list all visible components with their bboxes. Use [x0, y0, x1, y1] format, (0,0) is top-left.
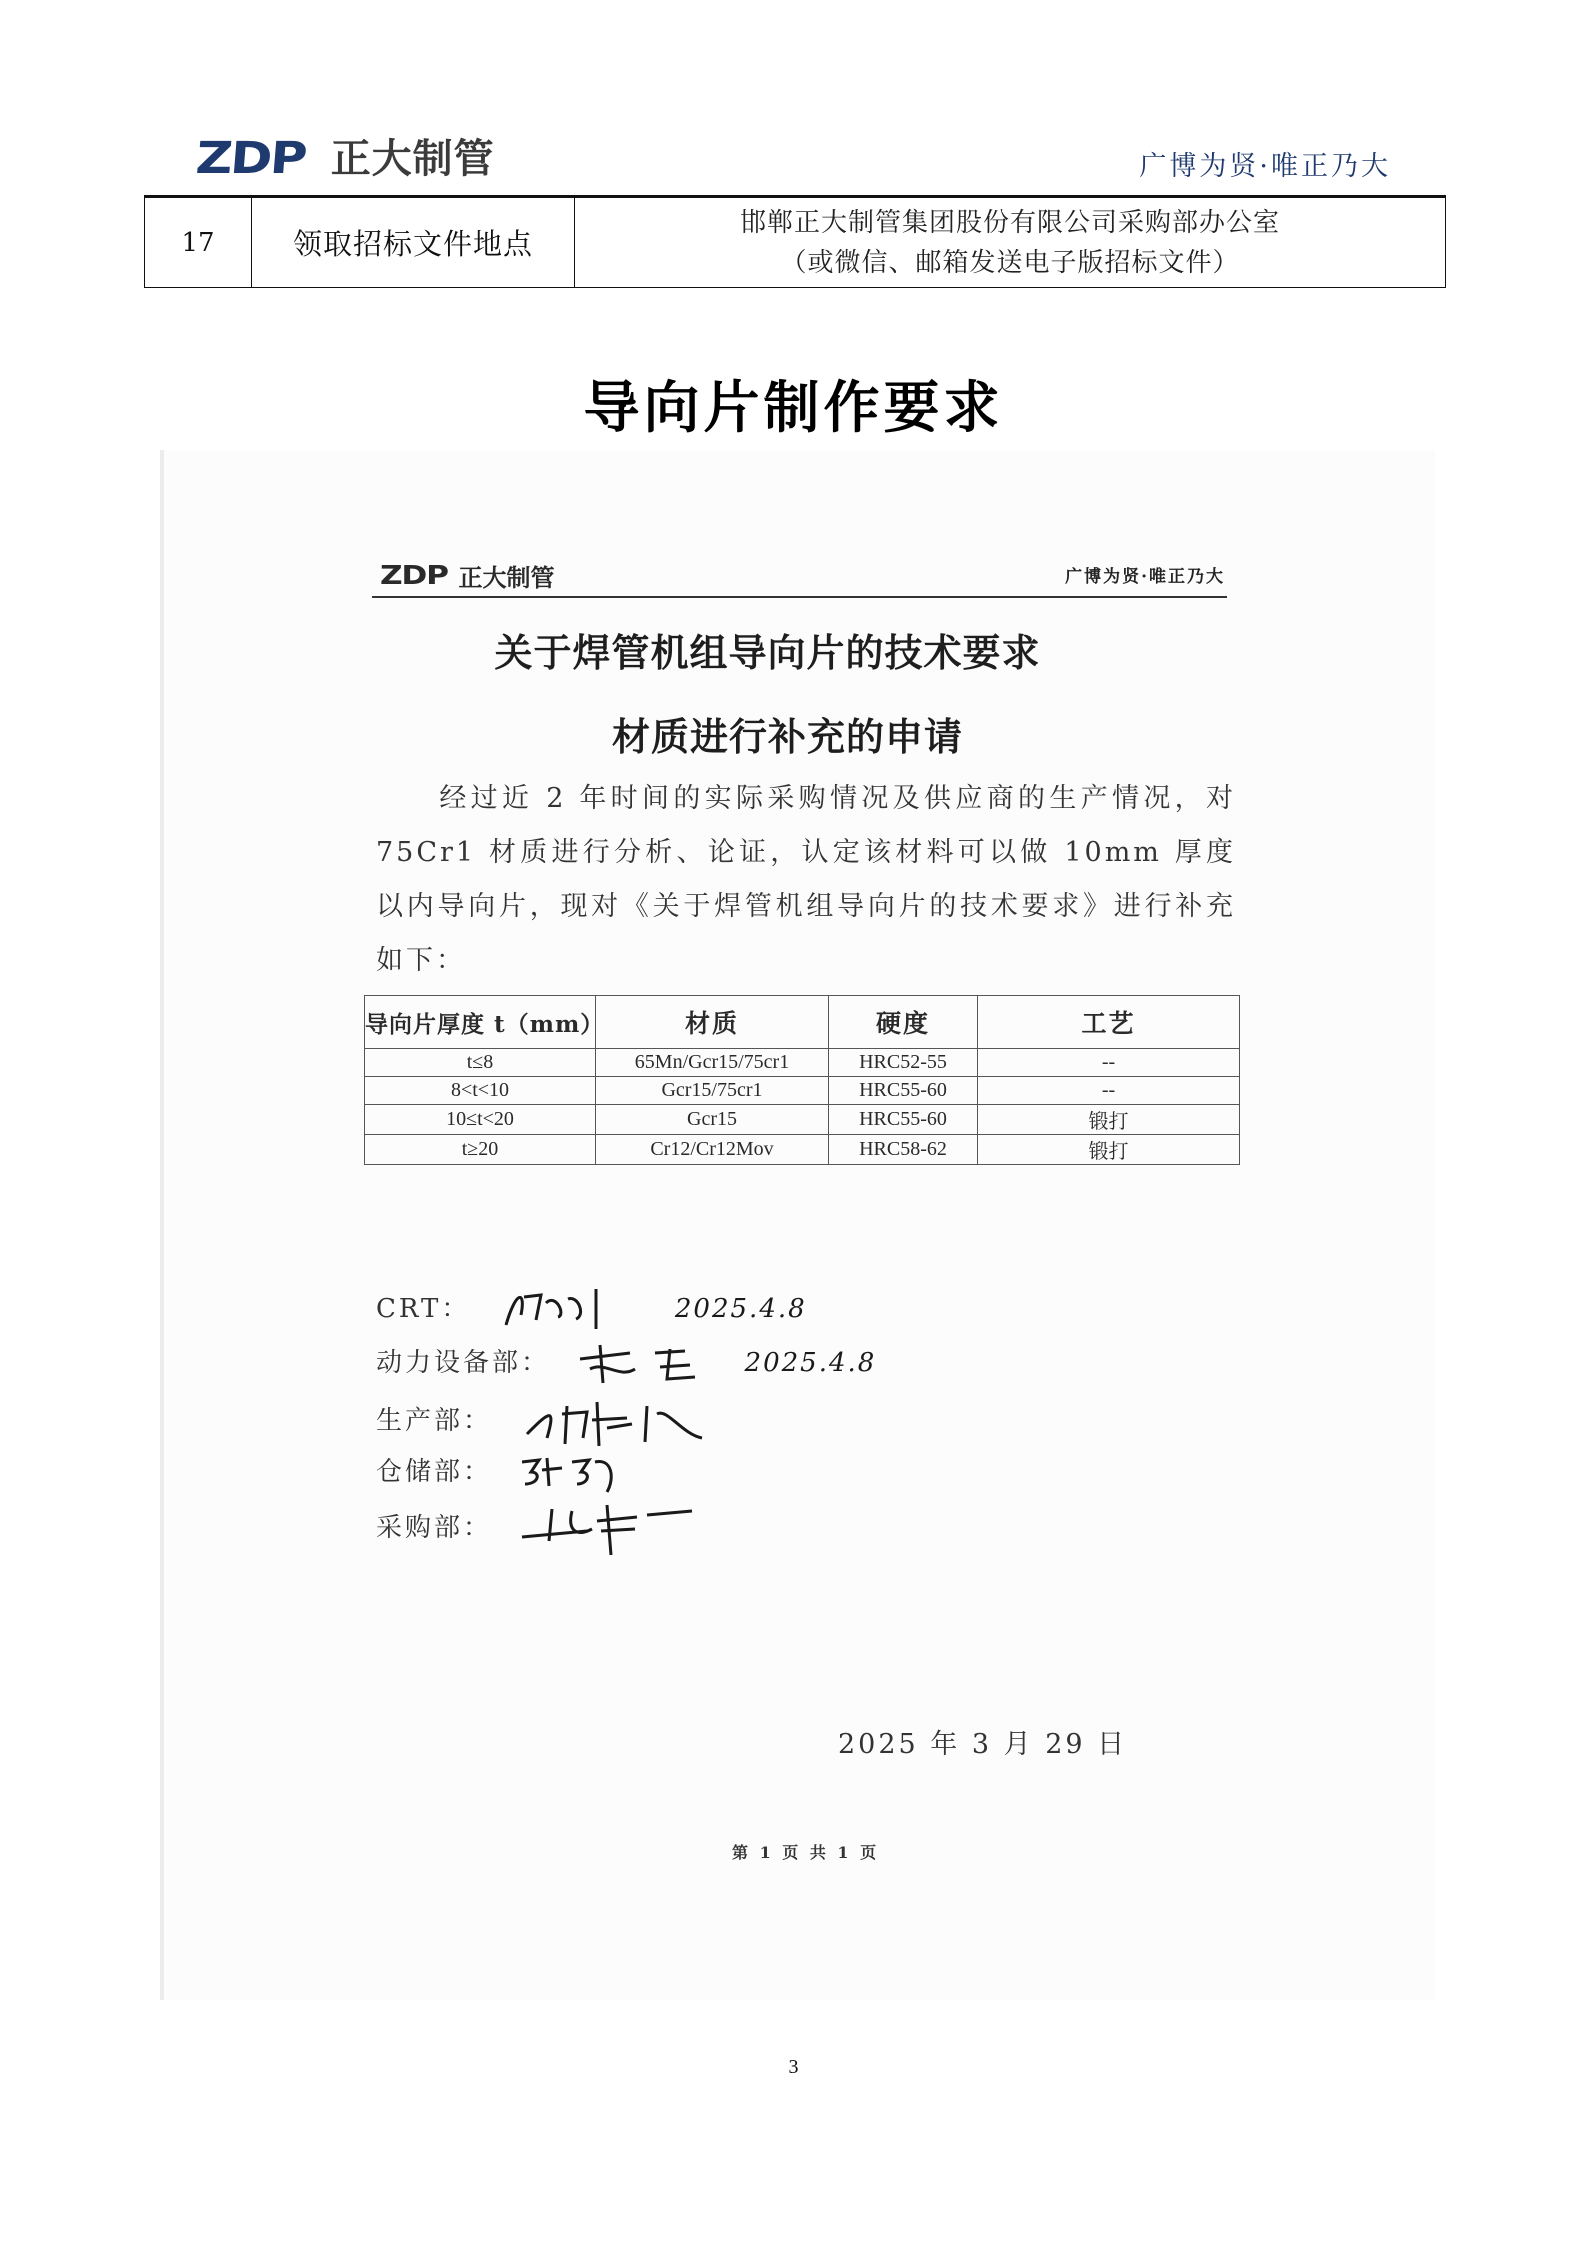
section-title: 导向片制作要求 — [0, 364, 1587, 444]
signature-purchasing: 采购部： — [376, 1501, 697, 1557]
table-row: t≤8 65Mn/Gcr15/75cr1 HRC52-55 -- — [365, 1049, 1240, 1077]
scan-paragraph-text: 经过近 2 年时间的实际采购情况及供应商的生产情况，对 75Cr1 材质进行分析… — [376, 783, 1236, 976]
cell-process: 锻打 — [978, 1135, 1240, 1165]
handwritten-signature-icon — [575, 1339, 715, 1389]
cell-thickness: t≤8 — [365, 1049, 596, 1077]
bid-info-table: 17 领取招标文件地点 邯郸正大制管集团股份有限公司采购部办公室 （或微信、邮箱… — [144, 195, 1446, 288]
scan-title-line1: 关于焊管机组导向片的技术要求 — [130, 622, 1405, 677]
col-thickness: 导向片厚度 t（mm） — [365, 996, 596, 1049]
signature-dept: 采购部： — [376, 1513, 492, 1543]
table-row: 10≤t<20 Gcr15 HRC55-60 锻打 — [365, 1105, 1240, 1135]
row-value-line2: （或微信、邮箱发送电子版招标文件） — [575, 243, 1445, 283]
col-process: 工艺 — [978, 996, 1240, 1049]
signature-warehouse: 仓储部： — [376, 1448, 647, 1498]
cell-process: 锻打 — [978, 1105, 1240, 1135]
handwritten-signature-icon — [517, 1394, 707, 1450]
signature-dept: 仓储部： — [376, 1457, 492, 1487]
page-number: 3 — [0, 2056, 1587, 2079]
material-spec-table: 导向片厚度 t（mm） 材质 硬度 工艺 t≤8 65Mn/Gcr15/75cr… — [364, 995, 1240, 1165]
scan-title-line2: 材质进行补充的申请 — [150, 706, 1425, 761]
cell-thickness: t≥20 — [365, 1135, 596, 1165]
cell-process: -- — [978, 1077, 1240, 1105]
cell-hardness: HRC58-62 — [829, 1135, 978, 1165]
table-header-row: 导向片厚度 t（mm） 材质 硬度 工艺 — [365, 996, 1240, 1049]
cell-hardness: HRC55-60 — [829, 1105, 978, 1135]
row-number: 17 — [145, 197, 252, 288]
signature-power-equipment: 动力设备部： 2025.4.8 — [376, 1339, 876, 1389]
handwritten-signature-icon — [496, 1285, 646, 1335]
scanned-document: ZDP 正大制管 广博为贤·唯正乃大 关于焊管机组导向片的技术要求 材质进行补充… — [160, 450, 1435, 2000]
scan-logo-mark: ZDP — [380, 561, 448, 591]
signature-date: 2025.4.8 — [675, 1294, 807, 1324]
cell-material: Cr12/Cr12Mov — [596, 1135, 829, 1165]
signature-production: 生产部： — [376, 1394, 707, 1450]
table-row: t≥20 Cr12/Cr12Mov HRC58-62 锻打 — [365, 1135, 1240, 1165]
cell-thickness: 8<t<10 — [365, 1077, 596, 1105]
handwritten-signature-icon — [517, 1501, 697, 1557]
cell-process: -- — [978, 1049, 1240, 1077]
scan-paragraph: 经过近 2 年时间的实际采购情况及供应商的生产情况，对 75Cr1 材质进行分析… — [376, 772, 1236, 988]
cell-material: Gcr15 — [596, 1105, 829, 1135]
cell-hardness: HRC55-60 — [829, 1077, 978, 1105]
handwritten-signature-icon — [517, 1448, 647, 1498]
table-row: 8<t<10 Gcr15/75cr1 HRC55-60 -- — [365, 1077, 1240, 1105]
signature-dept: CRT： — [376, 1294, 470, 1324]
row-label: 领取招标文件地点 — [252, 197, 575, 288]
signature-date: 2025.4.8 — [745, 1348, 877, 1378]
col-hardness: 硬度 — [829, 996, 978, 1049]
row-value-line1: 邯郸正大制管集团股份有限公司采购部办公室 — [575, 203, 1445, 243]
logo-name: 正大制管 — [331, 136, 495, 182]
cell-hardness: HRC52-55 — [829, 1049, 978, 1077]
cell-material: Gcr15/75cr1 — [596, 1077, 829, 1105]
col-material: 材质 — [596, 996, 829, 1049]
scan-logo-name: 正大制管 — [459, 558, 555, 593]
signature-dept: 动力设备部： — [376, 1348, 550, 1378]
company-logo: ZDP 正大制管 — [196, 136, 495, 182]
row-value: 邯郸正大制管集团股份有限公司采购部办公室 （或微信、邮箱发送电子版招标文件） — [575, 197, 1446, 288]
signature-dept: 生产部： — [376, 1406, 492, 1436]
table-row: 17 领取招标文件地点 邯郸正大制管集团股份有限公司采购部办公室 （或微信、邮箱… — [145, 197, 1446, 288]
cell-thickness: 10≤t<20 — [365, 1105, 596, 1135]
logo-mark: ZDP — [194, 136, 307, 182]
document-date: 2025 年 3 月 29 日 — [838, 1722, 1127, 1761]
scan-logo: ZDP 正大制管 — [380, 558, 555, 593]
scan-header-divider — [372, 596, 1227, 598]
scan-page-count: 第 1 页 共 1 页 — [732, 1840, 879, 1863]
signature-crt: CRT： 2025.4.8 — [376, 1285, 807, 1335]
scan-slogan: 广博为贤·唯正乃大 — [1065, 562, 1225, 587]
cell-material: 65Mn/Gcr15/75cr1 — [596, 1049, 829, 1077]
company-slogan: 广博为贤·唯正乃大 — [1139, 144, 1391, 183]
